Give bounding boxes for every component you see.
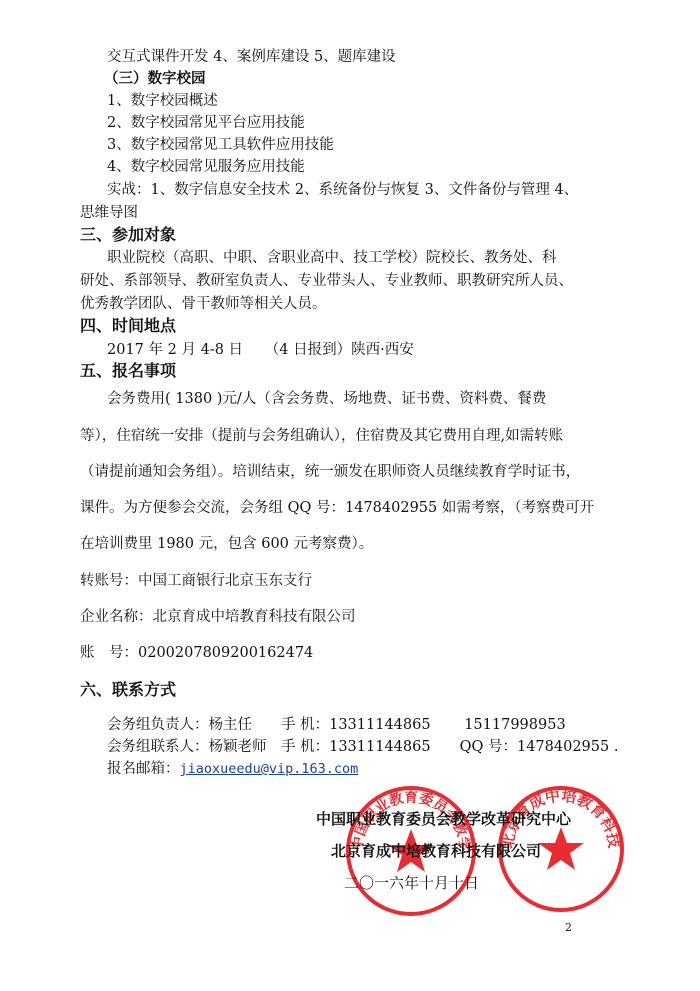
time-place-text: 2017 年 2 月 4-8 日 （4 日报到）陕西·西安 [107, 340, 414, 360]
subsection-heading-digital-campus: （三）数字校园 [104, 69, 206, 89]
email-label: 报名邮箱： [107, 761, 180, 777]
section-heading-contact: 六、联系方式 [80, 680, 176, 700]
practice-line: 实战：1、数字信息安全技术 2、系统备份与恢复 3、文件备份与管理 4、 [107, 180, 578, 200]
account-number-line: 账 号：0200207809200162474 [80, 643, 313, 663]
paragraph-line: 会务费用( 1380 )元/人（含会务费、场地费、证书费、资料费、餐费 [107, 389, 546, 409]
bank-line: 转账号：中国工商银行北京玉东支行 [80, 571, 312, 591]
contact-line: 会务组联系人：杨颖老师 手 机：13311144865 QQ 号：1478402… [107, 737, 618, 757]
section-heading-registration: 五、报名事项 [80, 361, 176, 381]
signature-org-1: 中国职业教育委员会教学改革研究中心 [316, 808, 571, 829]
page-number: 2 [565, 921, 572, 934]
paragraph-line: 研处、系部领导、教研室负责人、专业带头人、专业教师、职教研究所人员、 [80, 271, 573, 291]
company-name-line: 企业名称：北京育成中培教育科技有限公司 [80, 607, 356, 627]
email-link[interactable]: jiaoxueedu@vip.163.com [180, 761, 359, 777]
list-item: 3、数字校园常见工具软件应用技能 [107, 135, 334, 155]
paragraph-line: 优秀教学团队、骨干教师等相关人员。 [80, 294, 327, 314]
paragraph-line: 在培训费里 1980 元，包含 600 元考察费）。 [80, 534, 373, 554]
email-line: 报名邮箱：jiaoxueedu@vip.163.com [107, 759, 358, 779]
signature-org-2: 北京育成中培教育科技有限公司 [331, 840, 541, 861]
paragraph-line: 等），住宿统一安排（提前与会务组确认），住宿费及其它费用自理,如需转账 [80, 426, 563, 446]
list-item: 1、数字校园概述 [107, 91, 218, 111]
signature-date: 二〇一六年十月十日 [344, 872, 479, 893]
contact-line: 会务组负责人：杨主任 手 机：13311144865 15117998953 [107, 715, 566, 735]
section-heading-time-place: 四、时间地点 [80, 316, 176, 336]
section-heading-participants: 三、参加对象 [80, 225, 176, 245]
paragraph-line: （请提前通知会务组）。培训结束，统一颁发在职师资人员继续教育学时证书， [80, 462, 580, 482]
course-item-line: 交互式课件开发 4、案例库建设 5、题库建设 [107, 47, 396, 67]
list-item: 4、数字校园常见服务应用技能 [107, 157, 305, 177]
practice-line-cont: 思维导图 [80, 203, 138, 223]
paragraph-line: 职业院校（高职、中职、含职业高中、技工学校）院校长、教务处、科 [107, 248, 557, 268]
list-item: 2、数字校园常见平台应用技能 [107, 113, 305, 133]
paragraph-line: 课件。为方便参会交流，会务组 QQ 号：1478402955 如需考察，（考察费… [80, 498, 594, 518]
